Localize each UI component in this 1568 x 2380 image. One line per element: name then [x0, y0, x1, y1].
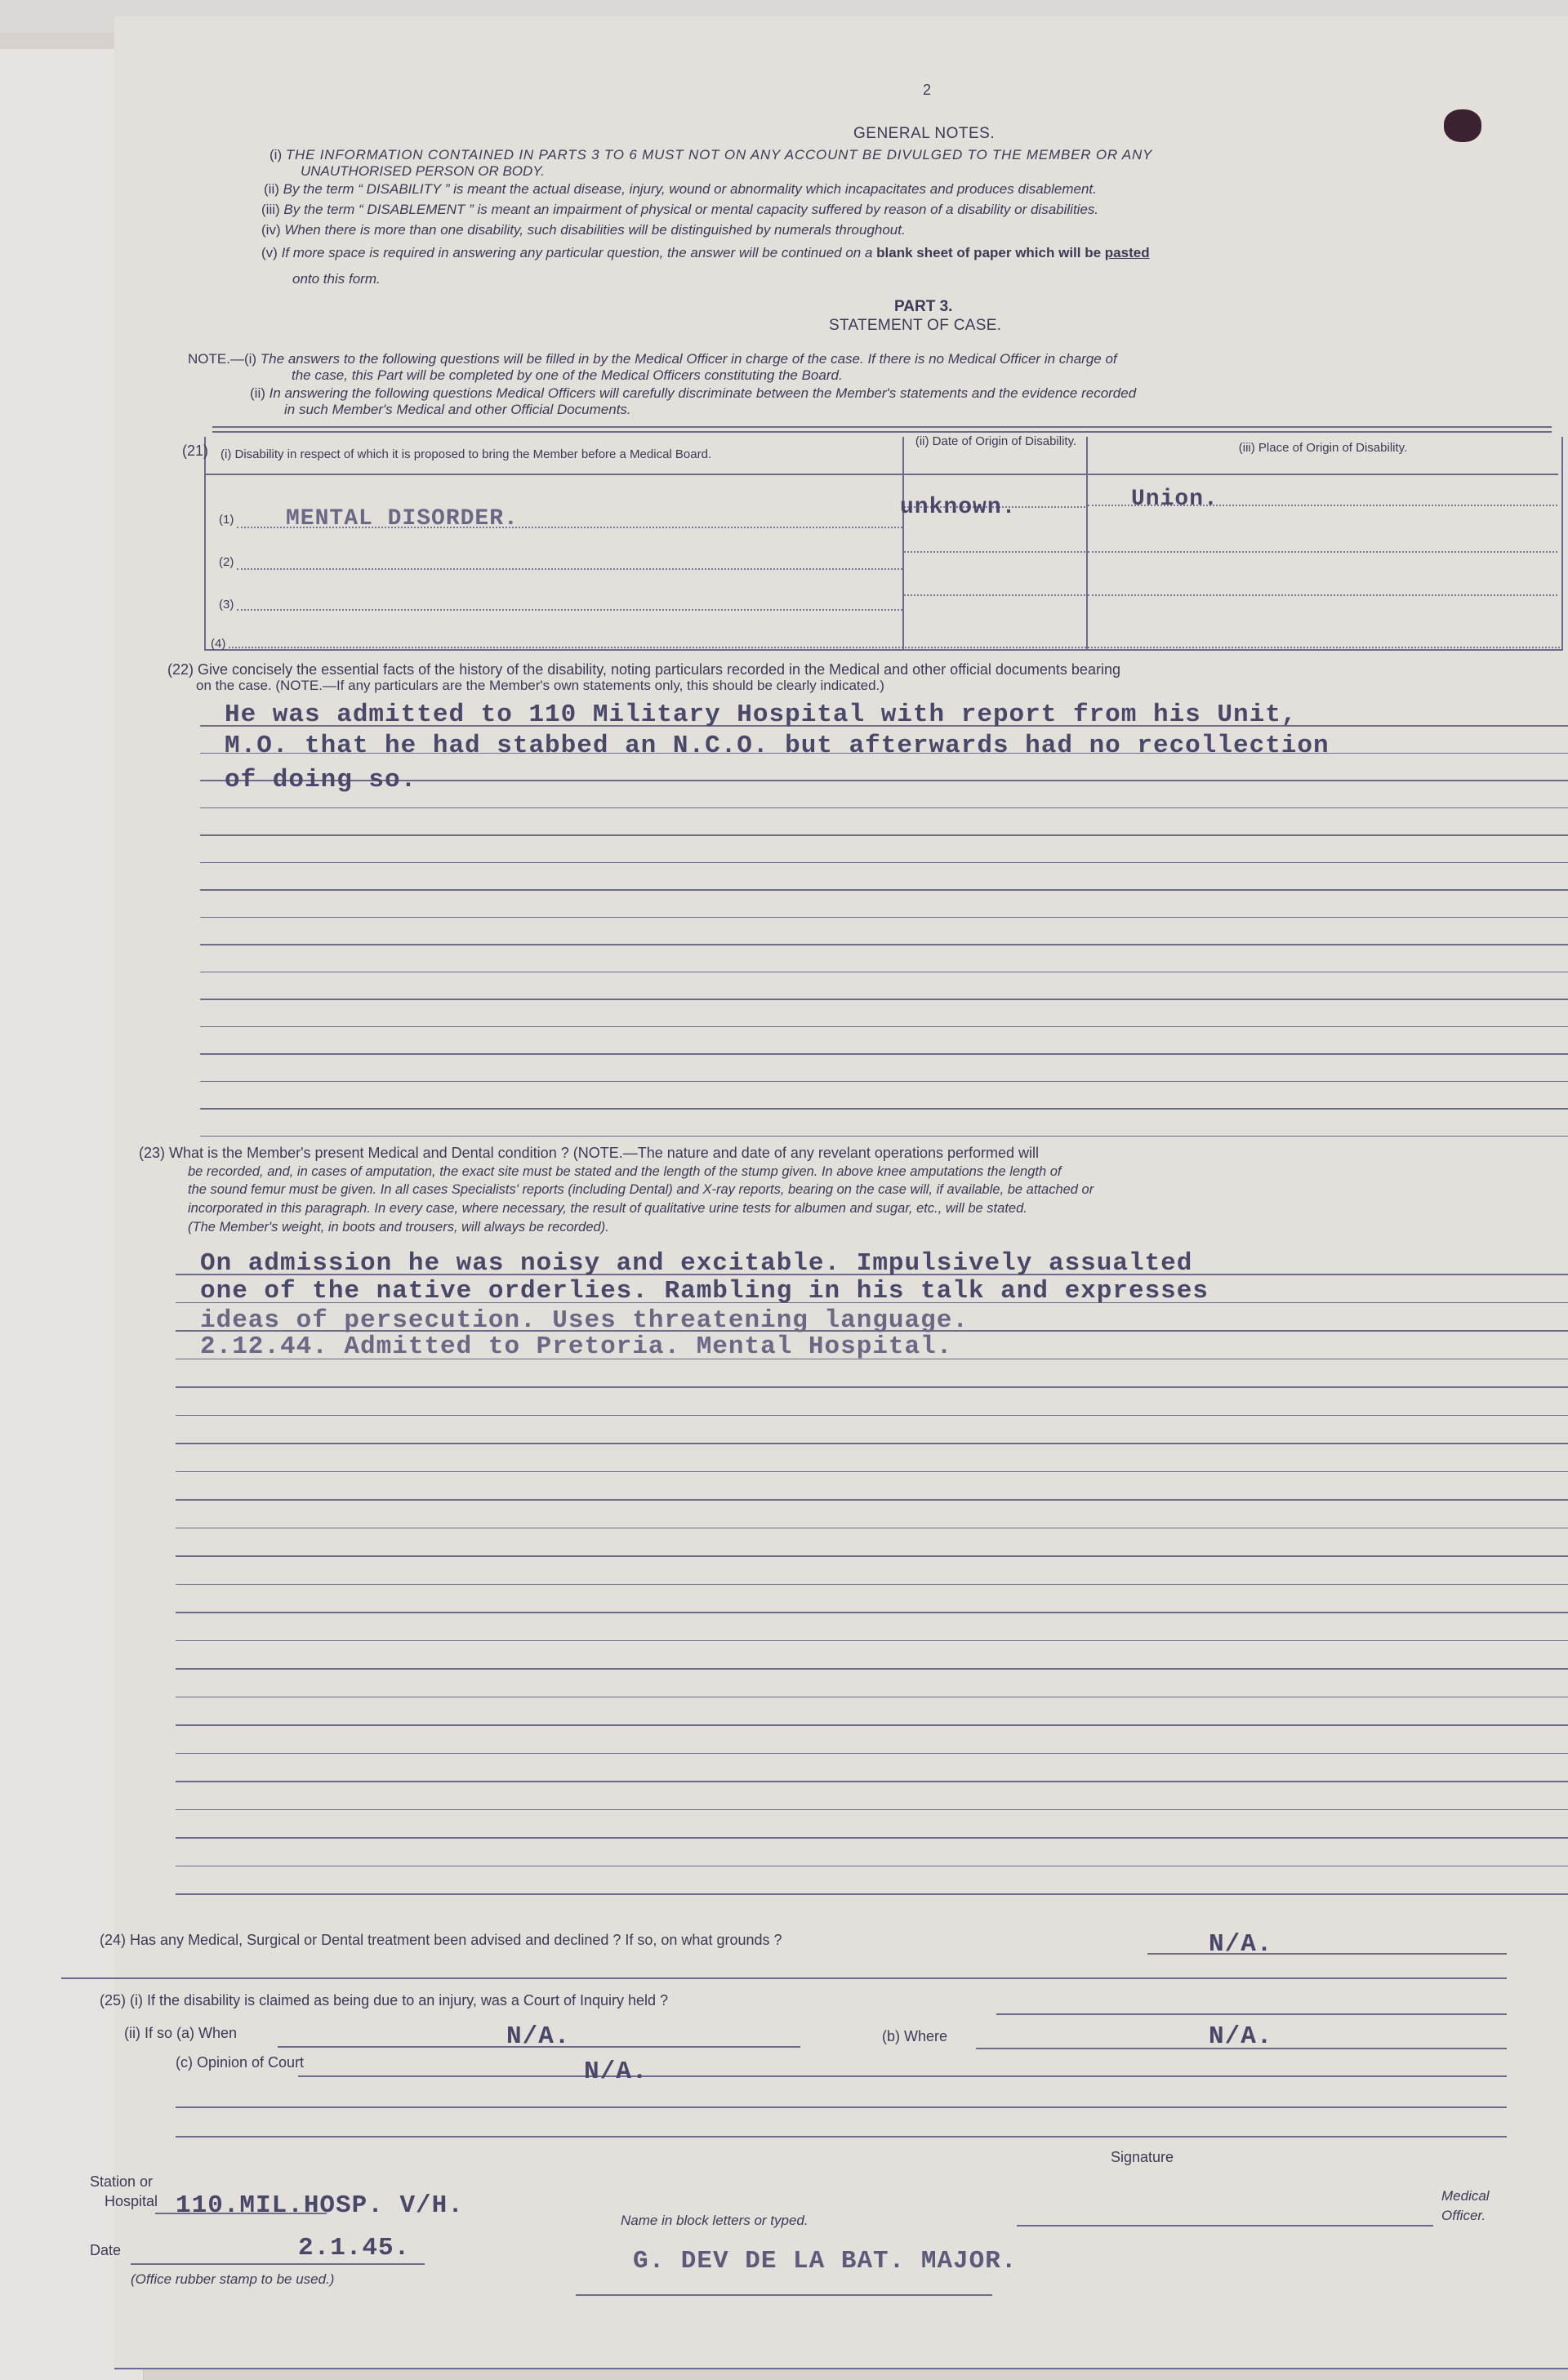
question-25-when-value: N/A.: [506, 2022, 570, 2051]
general-note-5-cont: onto this form.: [292, 271, 381, 287]
question-23-answer-line-2: one of the native orderlies. Rambling in…: [200, 1277, 1209, 1306]
officer-label-2: Officer.: [1441, 2208, 1486, 2224]
question-24: (24) Has any Medical, Surgical or Dental…: [100, 1932, 782, 1949]
name-label: Name in block letters or typed.: [621, 2213, 808, 2229]
station-value: 110.MIL.HOSP. V/H.: [176, 2191, 464, 2220]
ruled-line: [176, 1499, 1568, 1501]
form-page: 2 GENERAL NOTES. (i) THE INFORMATION CON…: [114, 16, 1568, 2369]
page-number: 2: [923, 82, 931, 99]
officer-name-value: G. DEV DE LA BAT. MAJOR.: [633, 2247, 1017, 2275]
ruled-line: [176, 1386, 1568, 1388]
part-note-1-cont: the case, this Part will be completed by…: [292, 367, 843, 384]
ruled-line: [176, 1893, 1568, 1895]
ruled-line: [200, 917, 1568, 919]
general-note-1-cont: UNAUTHORISED PERSON OR BODY.: [301, 163, 545, 180]
question-22: (22) Give concisely the essential facts …: [167, 661, 1120, 678]
ruled-line: [176, 1415, 1568, 1417]
general-notes-title: GENERAL NOTES.: [853, 125, 995, 143]
date-of-origin-value-1: unknown.: [900, 495, 1016, 520]
row-number-4: (4): [211, 637, 225, 651]
general-note-5: (v) If more space is required in answeri…: [261, 245, 1150, 261]
table-header-disability: (i) Disability in respect of which it is…: [220, 447, 711, 461]
ruled-line: [176, 1443, 1568, 1444]
general-note-1: (i) THE INFORMATION CONTAINED IN PARTS 3…: [269, 147, 1152, 163]
question-24-answer: N/A.: [1209, 1930, 1272, 1959]
question-23-answer-line-1: On admission he was noisy and excitable.…: [200, 1249, 1192, 1278]
row-number-1: (1): [219, 513, 234, 527]
question-22-note: on the case. (NOTE.—If any particulars a…: [196, 678, 884, 694]
date-value: 2.1.45.: [298, 2234, 410, 2262]
part-note-2: (ii) In answering the following question…: [250, 385, 1136, 402]
ruled-line: [200, 1026, 1568, 1028]
hospital-label: Hospital: [105, 2193, 158, 2210]
question-25-opinion-value: N/A.: [584, 2057, 648, 2086]
punch-hole: [1444, 109, 1481, 142]
part-subtitle: STATEMENT OF CASE.: [829, 317, 1001, 335]
ruled-line: [200, 1053, 1568, 1055]
question-23-line-2: be recorded, and, in cases of amputation…: [188, 1164, 1062, 1180]
ruled-line: [200, 1136, 1568, 1137]
officer-label: Medical: [1441, 2188, 1490, 2204]
disability-value-1: MENTAL DISORDER.: [286, 506, 519, 532]
ruled-line: [176, 1724, 1568, 1726]
ruled-line: [176, 1528, 1568, 1529]
question-23: (23) What is the Member's present Medica…: [139, 1145, 1039, 1162]
question-25-when-label: (ii) If so (a) When: [124, 2025, 237, 2042]
stamp-note: (Office rubber stamp to be used.): [131, 2271, 334, 2288]
question-25: (25) (i) If the disability is claimed as…: [100, 1992, 668, 2009]
part-title: PART 3.: [894, 298, 952, 316]
ruled-line: [176, 1584, 1568, 1586]
ruled-line: [176, 1781, 1568, 1782]
ruled-line: [176, 1697, 1568, 1698]
question-21-number: (21): [182, 443, 208, 460]
ruled-line: [176, 1837, 1568, 1839]
question-23-line-3: the sound femur must be given. In all ca…: [188, 1182, 1094, 1198]
general-note-4: (iv) When there is more than one disabil…: [261, 222, 906, 238]
signature-label: Signature: [1111, 2149, 1174, 2166]
question-23-answer-line-4: 2.12.44. Admitted to Pretoria. Mental Ho…: [200, 1332, 952, 1361]
ruled-line: [176, 1809, 1568, 1811]
ruled-line: [176, 1640, 1568, 1642]
ruled-line: [200, 972, 1568, 973]
ruled-line: [176, 1668, 1568, 1670]
ruled-line: [200, 1108, 1568, 1110]
ruled-line: [200, 862, 1568, 864]
ruled-line: [176, 1471, 1568, 1473]
ruled-line: [200, 1081, 1568, 1083]
ruled-line: [200, 999, 1568, 1000]
question-23-answer-line-3: ideas of persecution. Uses threatening l…: [200, 1306, 969, 1335]
ruled-line: [176, 1555, 1568, 1557]
question-22-answer-line-2: M.O. that he had stabbed an N.C.O. but a…: [225, 732, 1330, 760]
question-25-where-label: (b) Where: [882, 2028, 947, 2045]
table-header-date: (ii) Date of Origin of Disability.: [908, 434, 1084, 448]
question-25-opinion-label: (c) Opinion of Court: [176, 2054, 304, 2071]
row-number-2: (2): [219, 555, 234, 569]
question-25-where-value: N/A.: [1209, 2022, 1272, 2051]
ruled-line: [176, 1612, 1568, 1613]
ruled-line: [176, 1753, 1568, 1755]
place-of-origin-value-1: Union.: [1131, 487, 1218, 512]
ruled-line: [200, 944, 1568, 945]
part-note-1: NOTE.—(i) The answers to the following q…: [188, 351, 1117, 367]
ruled-line: [200, 807, 1568, 809]
ruled-line: [200, 889, 1568, 891]
question-23-line-5: (The Member's weight, in boots and trous…: [188, 1220, 609, 1235]
question-23-line-4: incorporated in this paragraph. In every…: [188, 1201, 1027, 1217]
general-note-2: (ii) By the term “ DISABILITY ” is meant…: [264, 181, 1097, 198]
table-header-place: (iii) Place of Origin of Disability.: [1090, 441, 1556, 455]
part-note-2-cont: in such Member's Medical and other Offic…: [284, 402, 631, 418]
question-22-answer-line-1: He was admitted to 110 Military Hospital…: [225, 701, 1297, 729]
date-label: Date: [90, 2242, 121, 2259]
station-label: Station or: [90, 2173, 153, 2191]
ruled-line: [176, 1866, 1568, 1867]
general-note-3: (iii) By the term “ DISABLEMENT ” is mea…: [261, 202, 1098, 218]
question-22-answer-line-3: of doing so.: [225, 766, 416, 794]
row-number-3: (3): [219, 598, 234, 612]
ruled-line: [200, 834, 1568, 836]
